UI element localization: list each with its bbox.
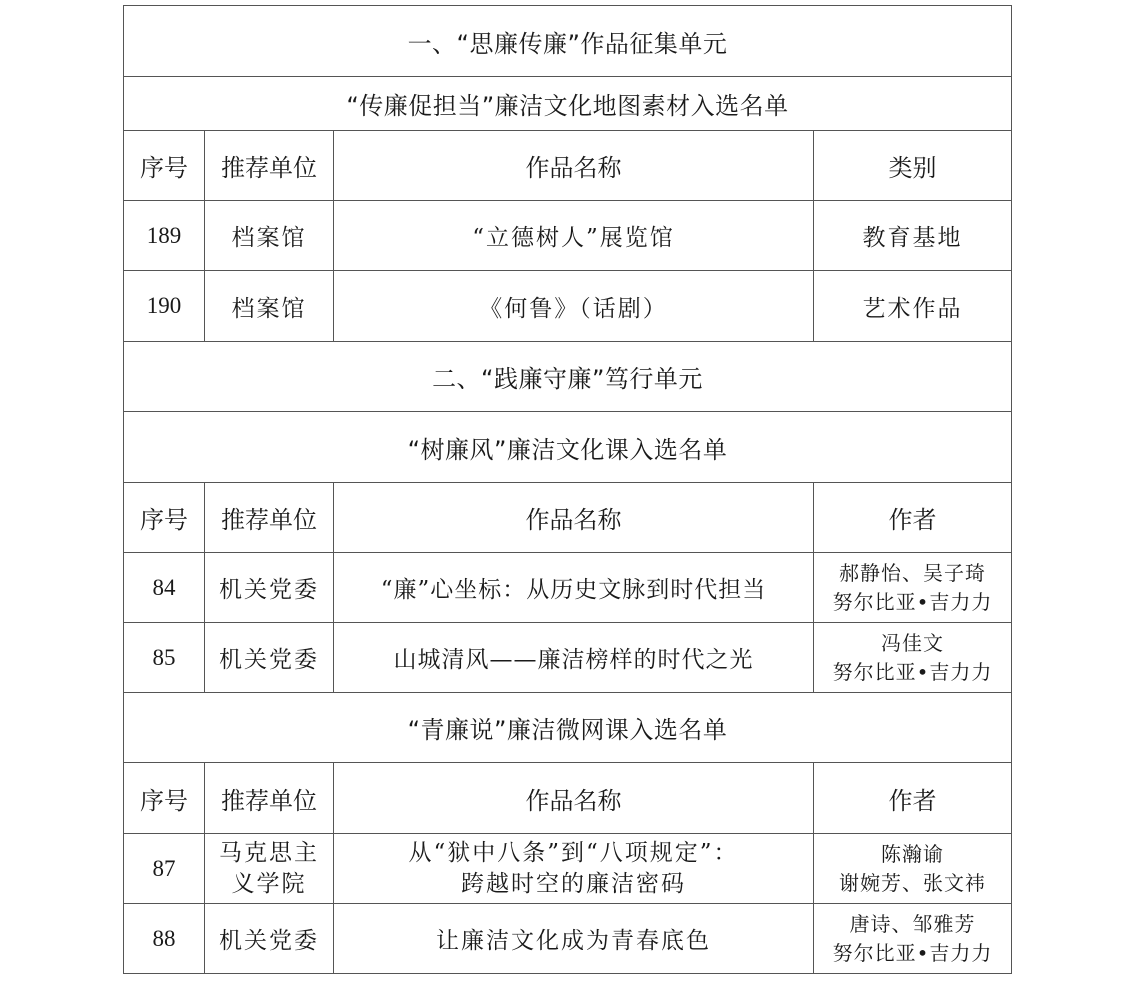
- cell-unit: 档案馆: [205, 201, 334, 271]
- unit-title: 一、“思廉传廉”作品征集单元: [124, 6, 1012, 77]
- table-row: 87 马克思主 义学院 从“狱中八条”到“八项规定”： 跨越时空的廉洁密码 陈瀚…: [124, 834, 1012, 904]
- unit-line: 义学院: [205, 869, 333, 900]
- selection-list-table: 一、“思廉传廉”作品征集单元 “传廉促担当”廉洁文化地图素材入选名单 序号 推荐…: [123, 5, 1012, 974]
- table-row: 85 机关党委 山城清风——廉洁榜样的时代之光 冯佳文 努尔比亚•吉力力: [124, 623, 1012, 693]
- cell-no: 189: [124, 201, 205, 271]
- section-subtitle: “树廉风”廉洁文化课入选名单: [124, 412, 1012, 483]
- cell-unit: 机关党委: [205, 623, 334, 693]
- section-subtitle-row: “传廉促担当”廉洁文化地图素材入选名单: [124, 77, 1012, 131]
- cell-no: 85: [124, 623, 205, 693]
- cell-work: 从“狱中八条”到“八项规定”： 跨越时空的廉洁密码: [334, 834, 814, 904]
- table-header-row: 序号 推荐单位 作品名称 作者: [124, 763, 1012, 834]
- work-line: 跨越时空的廉洁密码: [334, 869, 813, 900]
- author-line: 唐诗、邹雅芳: [814, 910, 1011, 939]
- author-line: 努尔比亚•吉力力: [814, 658, 1011, 687]
- author-line: 努尔比亚•吉力力: [814, 588, 1011, 617]
- cell-category: 教育基地: [814, 201, 1012, 271]
- cell-unit: 档案馆: [205, 271, 334, 342]
- unit-title-row: 二、“践廉守廉”笃行单元: [124, 342, 1012, 412]
- header-work: 作品名称: [334, 763, 814, 834]
- table-row: 84 机关党委 “廉”心坐标：从历史文脉到时代担当 郝静怡、吴子琦 努尔比亚•吉…: [124, 553, 1012, 623]
- cell-no: 87: [124, 834, 205, 904]
- cell-work: “廉”心坐标：从历史文脉到时代担当: [334, 553, 814, 623]
- cell-author: 冯佳文 努尔比亚•吉力力: [814, 623, 1012, 693]
- unit-title: 二、“践廉守廉”笃行单元: [124, 342, 1012, 412]
- cell-category: 艺术作品: [814, 271, 1012, 342]
- table-header-row: 序号 推荐单位 作品名称 作者: [124, 483, 1012, 553]
- table-header-row: 序号 推荐单位 作品名称 类别: [124, 131, 1012, 201]
- header-author: 作者: [814, 763, 1012, 834]
- cell-no: 190: [124, 271, 205, 342]
- header-unit: 推荐单位: [205, 763, 334, 834]
- section-subtitle-row: “青廉说”廉洁微网课入选名单: [124, 693, 1012, 763]
- work-line: 从“狱中八条”到“八项规定”：: [334, 838, 813, 869]
- author-line: 谢婉芳、张文祎: [814, 869, 1011, 898]
- header-work: 作品名称: [334, 483, 814, 553]
- unit-title-row: 一、“思廉传廉”作品征集单元: [124, 6, 1012, 77]
- section-subtitle-row: “树廉风”廉洁文化课入选名单: [124, 412, 1012, 483]
- author-line: 努尔比亚•吉力力: [814, 939, 1011, 968]
- section-subtitle: “传廉促担当”廉洁文化地图素材入选名单: [124, 77, 1012, 131]
- header-unit: 推荐单位: [205, 131, 334, 201]
- header-category: 类别: [814, 131, 1012, 201]
- author-line: 郝静怡、吴子琦: [814, 559, 1011, 588]
- cell-no: 88: [124, 904, 205, 974]
- cell-unit: 马克思主 义学院: [205, 834, 334, 904]
- author-line: 陈瀚谕: [814, 840, 1011, 869]
- unit-line: 马克思主: [205, 838, 333, 869]
- author-line: 冯佳文: [814, 629, 1011, 658]
- cell-unit: 机关党委: [205, 553, 334, 623]
- table-row: 189 档案馆 “立德树人”展览馆 教育基地: [124, 201, 1012, 271]
- cell-author: 郝静怡、吴子琦 努尔比亚•吉力力: [814, 553, 1012, 623]
- table-row: 88 机关党委 让廉洁文化成为青春底色 唐诗、邹雅芳 努尔比亚•吉力力: [124, 904, 1012, 974]
- header-no: 序号: [124, 483, 205, 553]
- cell-author: 唐诗、邹雅芳 努尔比亚•吉力力: [814, 904, 1012, 974]
- cell-work: 山城清风——廉洁榜样的时代之光: [334, 623, 814, 693]
- header-no: 序号: [124, 763, 205, 834]
- header-no: 序号: [124, 131, 205, 201]
- table-row: 190 档案馆 《何鲁》（话剧） 艺术作品: [124, 271, 1012, 342]
- section-subtitle: “青廉说”廉洁微网课入选名单: [124, 693, 1012, 763]
- header-author: 作者: [814, 483, 1012, 553]
- header-unit: 推荐单位: [205, 483, 334, 553]
- cell-work: “立德树人”展览馆: [334, 201, 814, 271]
- header-work: 作品名称: [334, 131, 814, 201]
- cell-work: 让廉洁文化成为青春底色: [334, 904, 814, 974]
- cell-unit: 机关党委: [205, 904, 334, 974]
- cell-author: 陈瀚谕 谢婉芳、张文祎: [814, 834, 1012, 904]
- cell-no: 84: [124, 553, 205, 623]
- cell-work: 《何鲁》（话剧）: [334, 271, 814, 342]
